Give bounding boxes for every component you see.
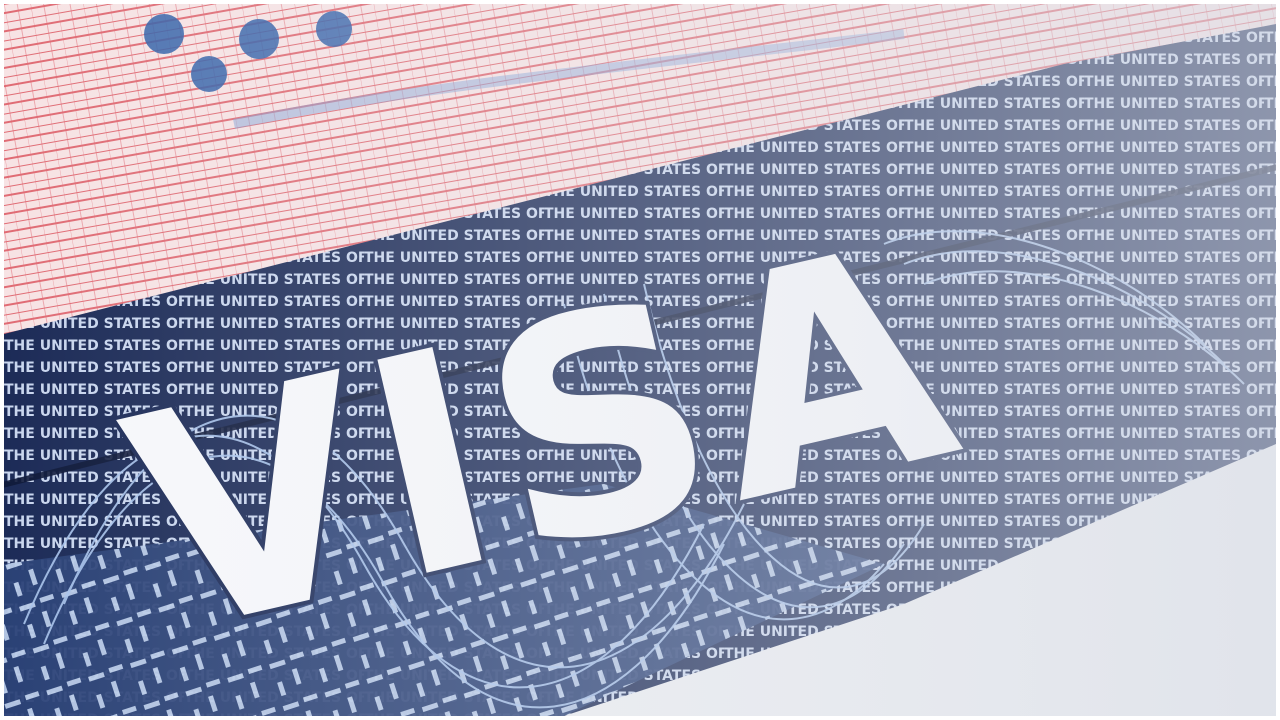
- visa-photo: THE UNITED STATES OF AMERICA V: [4, 4, 1276, 716]
- visa-stamp-illustration: THE UNITED STATES OF AMERICA V: [4, 4, 1276, 716]
